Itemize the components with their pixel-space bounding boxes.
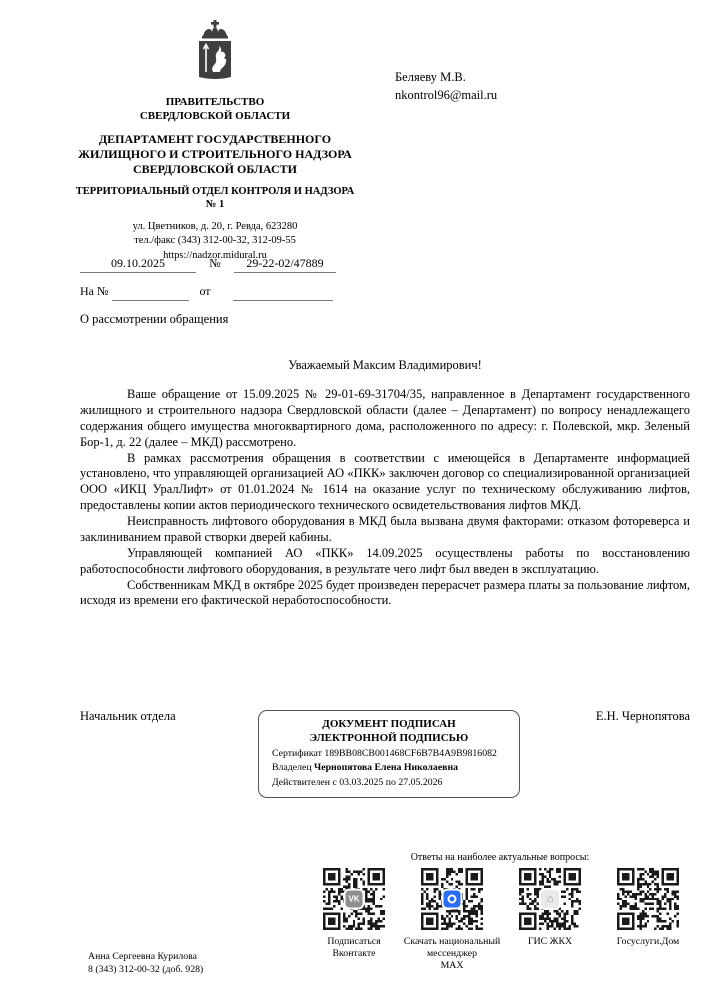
paragraph-2: В рамках рассмотрения обращения в соотве… [80, 451, 690, 515]
letter-number: 29-22-02/47889 [234, 256, 336, 273]
paragraph-3: Неисправность лифтового оборудования в М… [80, 514, 690, 546]
digital-signature-stamp: ДОКУМЕНТ ПОДПИСАН ЭЛЕКТРОННОЙ ПОДПИСЬЮ С… [258, 710, 520, 798]
org-phone: тел./факс (343) 312-00-32, 312-09-55 [75, 234, 355, 248]
stamp-certificate-value: 189BB08CB001468CF6B7B4A9B9816082 [324, 748, 497, 759]
incoming-from-label: от [199, 284, 227, 301]
signer-name: Е.Н. Чернопятова [490, 709, 690, 724]
qr-wrap [617, 868, 679, 930]
reference-block: 09.10.2025 № 29-22-02/47889 На № от [80, 256, 336, 312]
letter-body: Ваше обращение от 15.09.2025 № 29-01-69-… [80, 387, 690, 609]
qr-label-vk: Подписаться Вконтакте [327, 936, 380, 960]
number-sign: № [196, 256, 234, 273]
qr-section-caption: Ответы на наиболее актуальные вопросы: [300, 852, 700, 863]
letterhead: ПРАВИТЕЛЬСТВО СВЕРДЛОВСКОЙ ОБЛАСТИ ДЕПАР… [75, 20, 355, 263]
stamp-certificate: Сертификат 189BB08CB001468CF6B7B4A9B9816… [272, 747, 506, 761]
paragraph-4: Управляющей компанией АО «ПКК» 14.09.202… [80, 546, 690, 578]
stamp-certificate-label: Сертификат [272, 748, 322, 759]
vk-icon: VK [346, 891, 363, 908]
gis-zhkh-icon: ⌂ [541, 890, 559, 908]
incoming-label: На № [80, 284, 108, 301]
letter-subject: О рассмотрении обращения [80, 312, 228, 327]
qr-item-max: Скачать национальный мессенджер MAX [403, 868, 501, 973]
executor-phone: 8 (343) 312-00-32 (доб. 928) [88, 963, 203, 976]
government-name: ПРАВИТЕЛЬСТВО СВЕРДЛОВСКОЙ ОБЛАСТИ [75, 96, 355, 124]
signer-position: Начальник отдела [80, 709, 176, 724]
stamp-title: ДОКУМЕНТ ПОДПИСАН ЭЛЕКТРОННОЙ ПОДПИСЬЮ [272, 718, 506, 746]
qr-wrap [421, 868, 483, 930]
recipient-block: Беляеву М.В. nkontrol96@mail.ru [395, 68, 497, 104]
greeting: Уважаемый Максим Владимирович! [80, 358, 690, 373]
recipient-name: Беляеву М.В. [395, 68, 497, 86]
incoming-date-blank [233, 300, 333, 301]
qr-wrap: VK [323, 868, 385, 930]
territorial-unit-name: ТЕРРИТОРИАЛЬНЫЙ ОТДЕЛ КОНТРОЛЯ И НАДЗОРА… [75, 185, 355, 212]
stamp-validity: Действителен с 03.03.2025 по 27.05.2026 [272, 776, 506, 790]
qr-label-gosuslugi: Госуслуги.Дом [617, 936, 680, 948]
stamp-owner: Владелец Чернопятова Елена Николаевна [272, 761, 506, 775]
incoming-ref-row: На № от [80, 284, 336, 301]
org-address-street: ул. Цветников, д. 20, г. Ревда, 623280 [75, 220, 355, 234]
letter-date: 09.10.2025 [80, 256, 196, 273]
stamp-title-line2: ЭЛЕКТРОННОЙ ПОДПИСЬЮ [272, 732, 506, 746]
incoming-number-blank [112, 300, 189, 301]
gosuslugi-dom-qr-code [617, 868, 679, 930]
recipient-email: nkontrol96@mail.ru [395, 86, 497, 104]
stamp-title-line1: ДОКУМЕНТ ПОДПИСАН [272, 718, 506, 732]
qr-wrap: ⌂ [519, 868, 581, 930]
department-name: ДЕПАРТАМЕНТ ГОСУДАРСТВЕННОГО ЖИЛИЩНОГО И… [75, 132, 355, 178]
letter-page: ПРАВИТЕЛЬСТВО СВЕРДЛОВСКОЙ ОБЛАСТИ ДЕПАР… [0, 0, 711, 991]
qr-item-gis: ⌂ ГИС ЖКХ [501, 868, 599, 973]
stamp-owner-name: Чернопятова Елена Николаевна [314, 762, 458, 773]
executor-name: Анна Сергеевна Курилова [88, 950, 203, 963]
qr-row: VK Подписаться Вконтакте Скачать национа… [305, 868, 697, 973]
outgoing-ref-row: 09.10.2025 № 29-22-02/47889 [80, 256, 336, 273]
max-messenger-icon [444, 891, 461, 908]
paragraph-1: Ваше обращение от 15.09.2025 № 29-01-69-… [80, 387, 690, 451]
stamp-owner-label: Владелец [272, 762, 312, 773]
coat-of-arms-icon [189, 20, 241, 91]
executor-block: Анна Сергеевна Курилова 8 (343) 312-00-3… [88, 950, 203, 976]
paragraph-5: Собственникам МКД в октябре 2025 будет п… [80, 578, 690, 610]
qr-item-gosuslugi: Госуслуги.Дом [599, 868, 697, 973]
qr-label-max: Скачать национальный мессенджер MAX [404, 936, 500, 973]
qr-item-vk: VK Подписаться Вконтакте [305, 868, 403, 973]
qr-label-gis: ГИС ЖКХ [528, 936, 572, 948]
